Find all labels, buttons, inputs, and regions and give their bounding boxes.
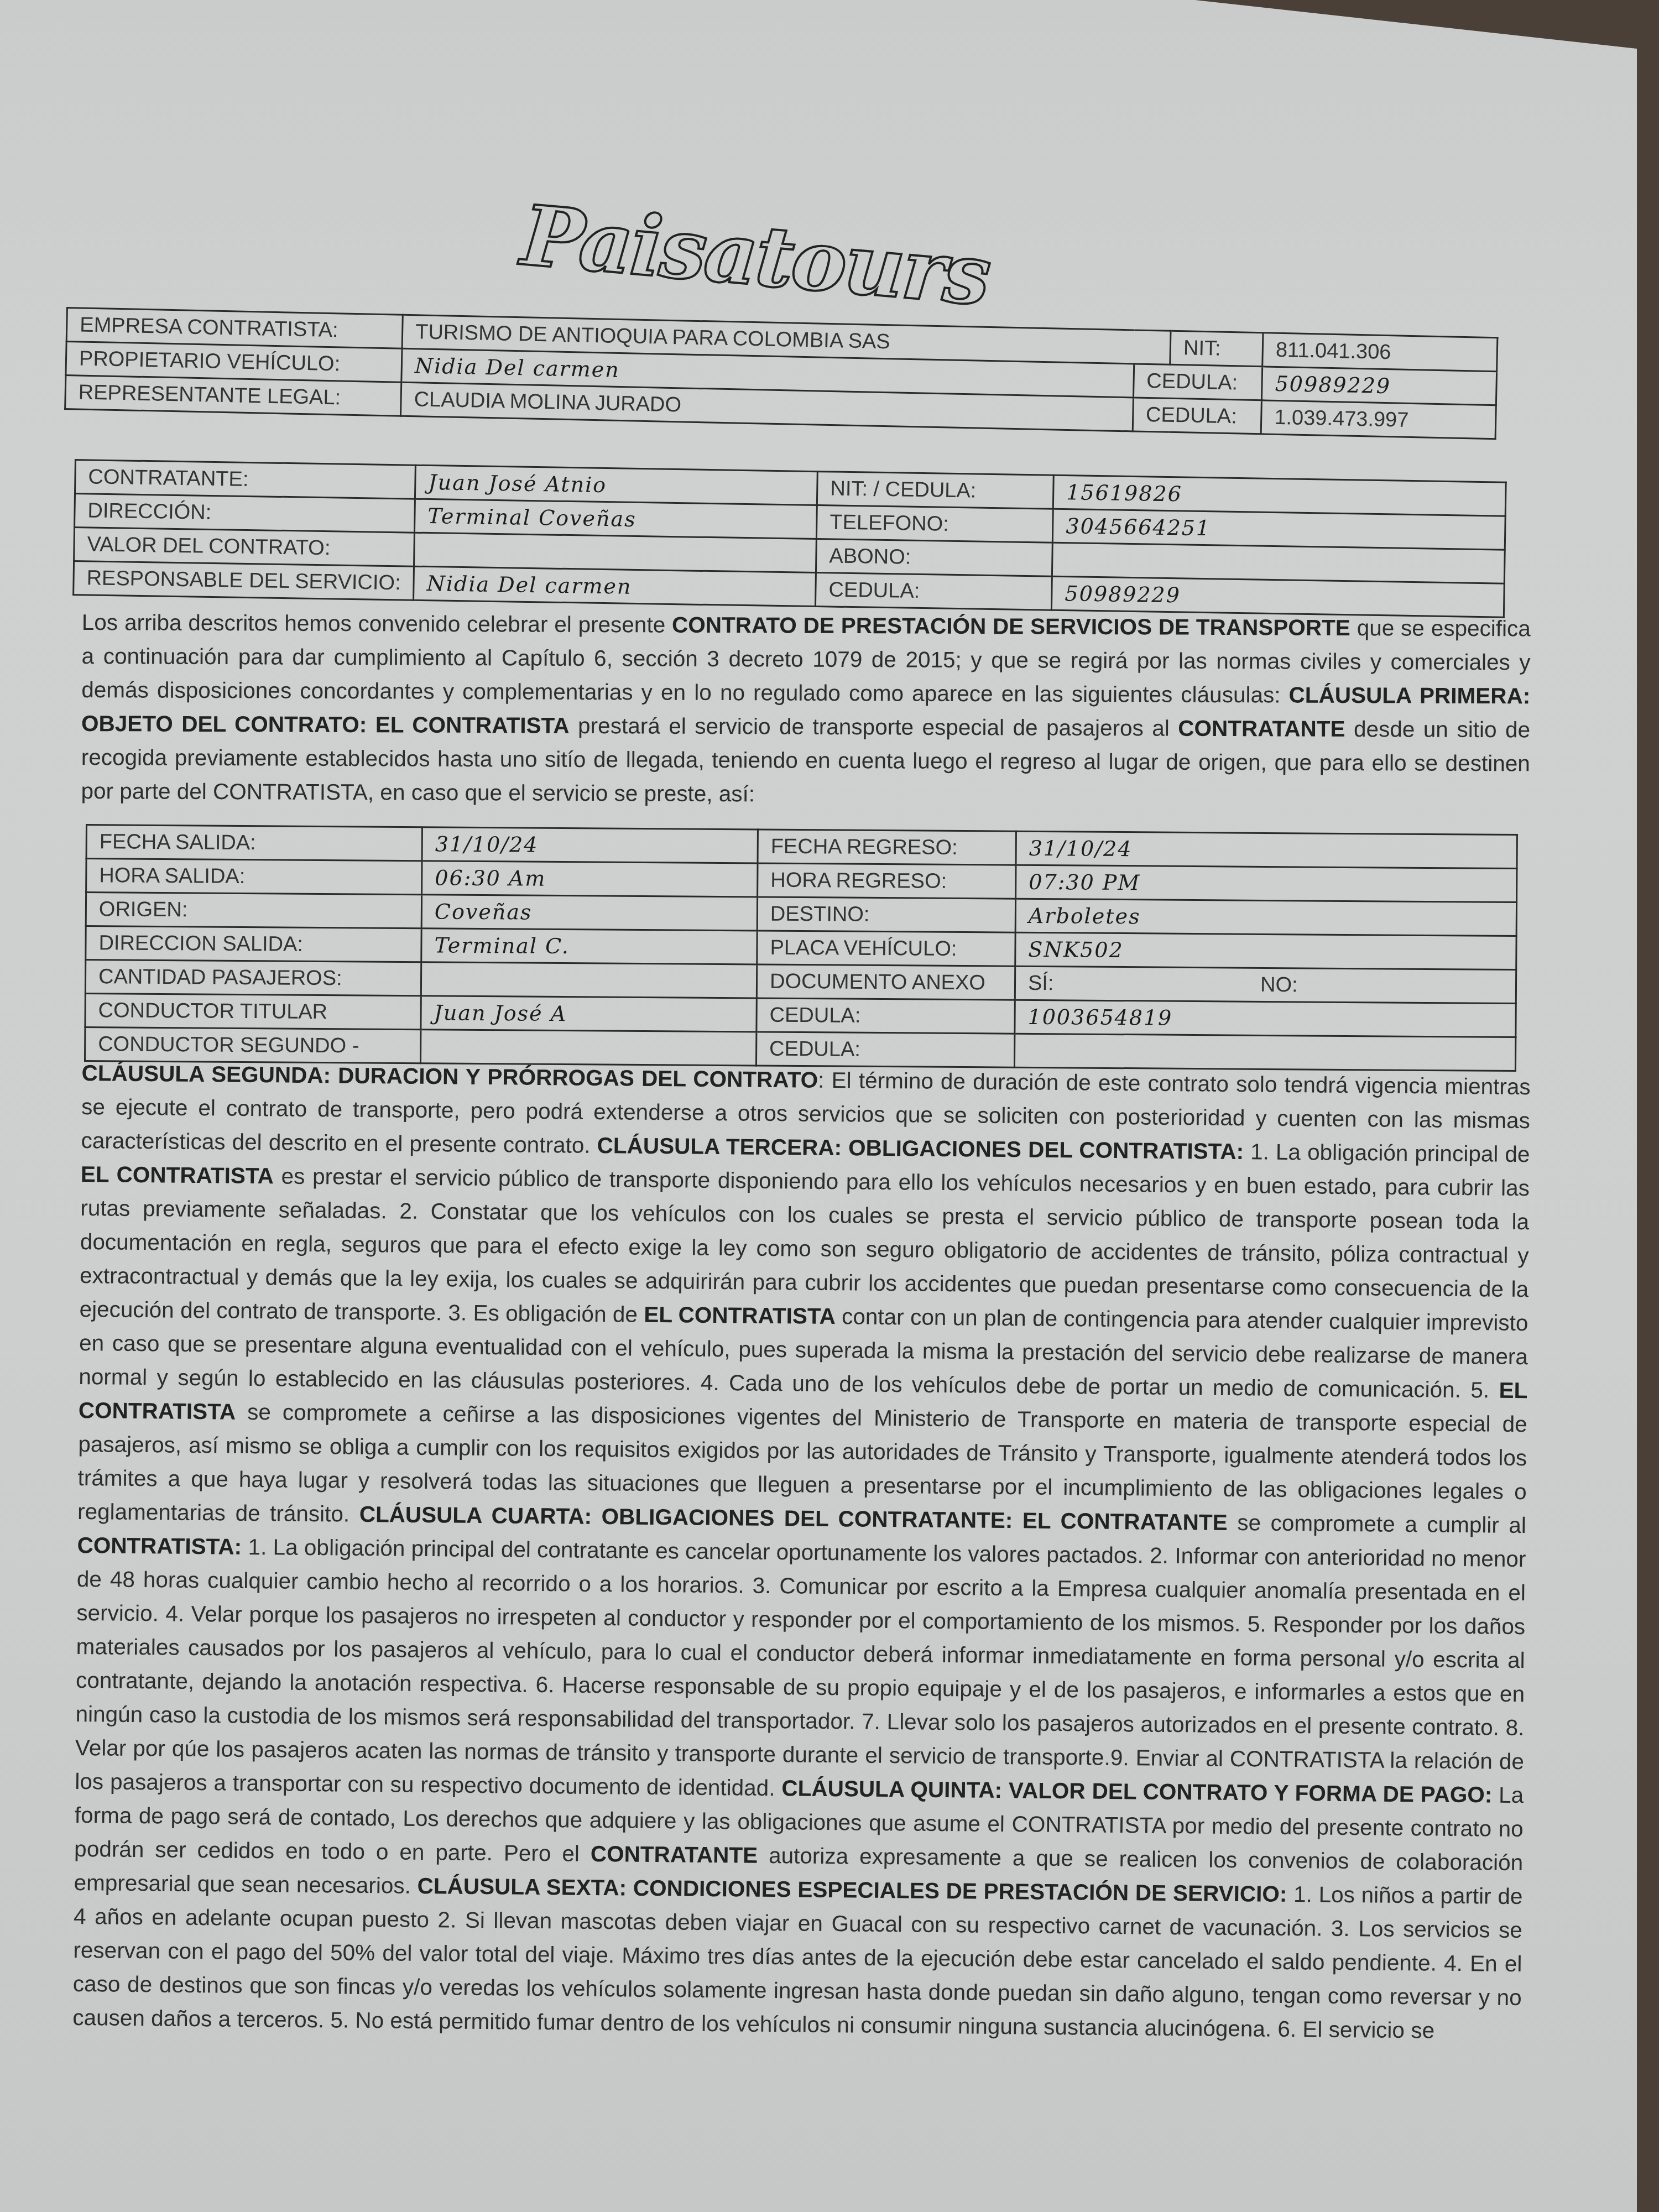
valor-contrato-label: VALOR DEL CONTRATO: [74,528,415,567]
conductor-titular-cedula-label: CEDULA: [757,998,1015,1034]
conductor-segundo-cedula-value [1014,1034,1515,1071]
fecha-salida-label: FECHA SALIDA: [86,825,422,861]
responsable-cedula-label: CEDULA: [816,573,1052,611]
clauses-body: CLÁUSULA SEGUNDA: DURACION Y PRÓRROGAS D… [72,1056,1531,2048]
no-checkbox-label: NO: [1260,973,1298,996]
contratante-bold: CONTRATANTE [1178,716,1345,742]
intro-paragraph: Los arriba descritos hemos convenido cel… [81,606,1531,814]
direccion-value: Terminal Coveñas [415,499,817,539]
conductor-titular-label: CONDUCTOR TITULAR [85,994,421,1030]
contratante-label: CONTRATANTE: [75,460,416,499]
responsable-value: Nidia Del carmen [414,566,816,606]
valor-contrato-value [414,533,817,572]
propietario-cedula-value: 50989229 [1262,367,1497,405]
responsable-label: RESPONSABLE DEL SERVICIO: [74,561,414,601]
clause-text: 1. La obligación principal del contratan… [75,1534,1526,1801]
nit-value: 811.041.306 [1262,333,1498,372]
clausula-cuarta-heading: CLÁUSULA CUARTA: OBLIGACIONES DEL CONTRA… [359,1501,1228,1535]
contratista-bold: CONTRATISTA: [77,1532,242,1559]
direccion-salida-label: DIRECCION SALIDA: [86,926,421,962]
intro-text-1: Los arriba descritos hemos convenido cel… [82,609,672,638]
clause-text: 1. La obligación principal de [1244,1139,1530,1167]
conductor-segundo-cedula-label: CEDULA: [756,1032,1014,1067]
clause-text: 1. Los niños a partir de 4 años en adela… [72,1881,1523,2043]
nit-cedula-label: NIT: / CEDULA: [817,472,1053,509]
direccion-salida-value: Terminal C. [421,928,757,964]
representante-cedula-value: 1.039.473.997 [1261,400,1496,439]
nit-label: NIT: [1170,331,1263,366]
hora-regreso-value: 07:30 PM [1016,865,1517,902]
hora-regreso-label: HORA REGRESO: [758,863,1016,899]
origen-label: ORIGEN: [86,893,421,928]
contratante-value: Juan José Atnio [415,465,818,505]
si-checkbox-label: SÍ: [1028,971,1260,997]
fecha-salida-value: 31/10/24 [422,827,758,863]
clause-text: es prestar el servicio público de transp… [79,1163,1530,1327]
cantidad-pasajeros-label: CANTIDAD PASAJEROS: [85,960,421,996]
contratante-table: CONTRATANTE: Juan José Atnio NIT: / CEDU… [72,459,1507,618]
documento-anexo-options: SÍ:NO: [1015,966,1516,1003]
clausula-sexta-heading: CLÁUSULA SEXTA: CONDICIONES ESPECIALES D… [417,1873,1287,1907]
origen-value: Coveñas [421,895,757,931]
telefono-label: TELEFONO: [816,505,1053,543]
placa-label: PLACA VEHÍCULO: [757,931,1015,966]
representante-label: REPRESENTANTE LEGAL: [65,375,401,416]
destino-value: Arboletes [1015,899,1516,936]
contract-paper: Paisatours EMPRESA CONTRATISTA: TURISMO … [0,0,1637,2212]
placa-value: SNK502 [1015,932,1516,969]
contratista-bold: EL CONTRATISTA [644,1302,836,1329]
destino-label: DESTINO: [757,897,1015,932]
contratista-bold: EL CONTRATISTA [81,1161,274,1188]
intro-text-3: prestará el servicio de transporte espec… [570,713,1178,741]
clausula-quinta-heading: CLÁUSULA QUINTA: VALOR DEL CONTRATO Y FO… [781,1775,1492,1807]
representante-cedula-label: CEDULA: [1133,398,1262,434]
trip-table: FECHA SALIDA: 31/10/24 FECHA REGRESO: 31… [84,824,1518,1072]
conductor-titular-cedula-value: 1003654819 [1015,1000,1516,1037]
clausula-segunda-heading: CLÁUSULA SEGUNDA: DURACION Y PRÓRROGAS D… [81,1060,818,1093]
fecha-regreso-value: 31/10/24 [1016,831,1517,868]
cantidad-pasajeros-value [421,962,757,998]
conductor-titular-value: Juan José A [421,996,757,1032]
abono-label: ABONO: [816,539,1053,577]
clausula-tercera-heading: CLÁUSULA TERCERA: OBLIGACIONES DEL CONTR… [597,1133,1244,1164]
contract-type-heading: CONTRATO DE PRESTACIÓN DE SERVICIOS DE T… [672,612,1350,640]
direccion-label: DIRECCIÓN: [75,494,415,533]
documento-anexo-label: DOCUMENTO ANEXO [757,964,1015,1000]
propietario-cedula-label: CEDULA: [1133,364,1262,400]
hora-salida-label: HORA SALIDA: [86,859,422,895]
fecha-regreso-label: FECHA REGRESO: [758,830,1016,865]
contratante-bold: CONTRATANTE [591,1841,758,1868]
clause-text: se compromete a cumplir al [1228,1510,1527,1538]
header-table: EMPRESA CONTRATISTA: TURISMO DE ANTIOQUI… [64,307,1498,440]
hora-salida-value: 06:30 Am [422,861,758,897]
